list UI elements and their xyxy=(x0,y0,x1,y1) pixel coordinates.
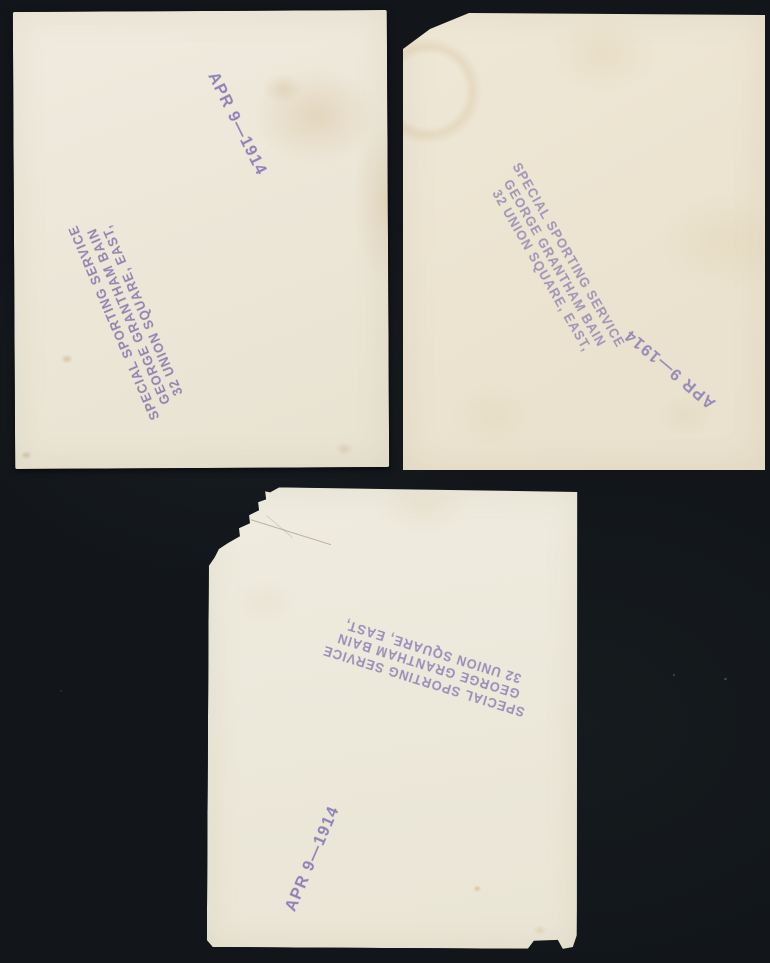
date-stamp: APR 9—1914 xyxy=(281,803,344,915)
photo-back-bottom: SPECIAL SPORTING SERVICE GEORGE GRANTHAM… xyxy=(207,487,579,949)
address-stamp: SPECIAL SPORTING SERVICE GEORGE GRANTHAM… xyxy=(65,210,191,422)
date-stamp: APR 9—1914 xyxy=(620,325,719,413)
photo-back-top-right: SPECIAL SPORTING SERVICE GEORGE GRANTHAM… xyxy=(403,13,765,470)
date-stamp: APR 9—1914 xyxy=(203,69,271,179)
address-stamp: SPECIAL SPORTING SERVICE GEORGE GRANTHAM… xyxy=(321,613,536,720)
address-stamp-line: GEORGE GRANTHAM BAIN xyxy=(496,168,615,358)
photo-back-top-left: SPECIAL SPORTING SERVICE GEORGE GRANTHAM… xyxy=(13,10,389,469)
crease-mark xyxy=(251,519,331,545)
crease-mark xyxy=(266,515,293,538)
dust-speck xyxy=(673,674,675,676)
address-stamp: SPECIAL SPORTING SERVICE GEORGE GRANTHAM… xyxy=(482,160,628,366)
black-album-background: SPECIAL SPORTING SERVICE GEORGE GRANTHAM… xyxy=(0,0,770,963)
dust-speck xyxy=(60,690,62,692)
dust-speck xyxy=(724,678,727,680)
address-stamp-line: GEORGE GRANTHAM BAIN xyxy=(80,217,178,417)
